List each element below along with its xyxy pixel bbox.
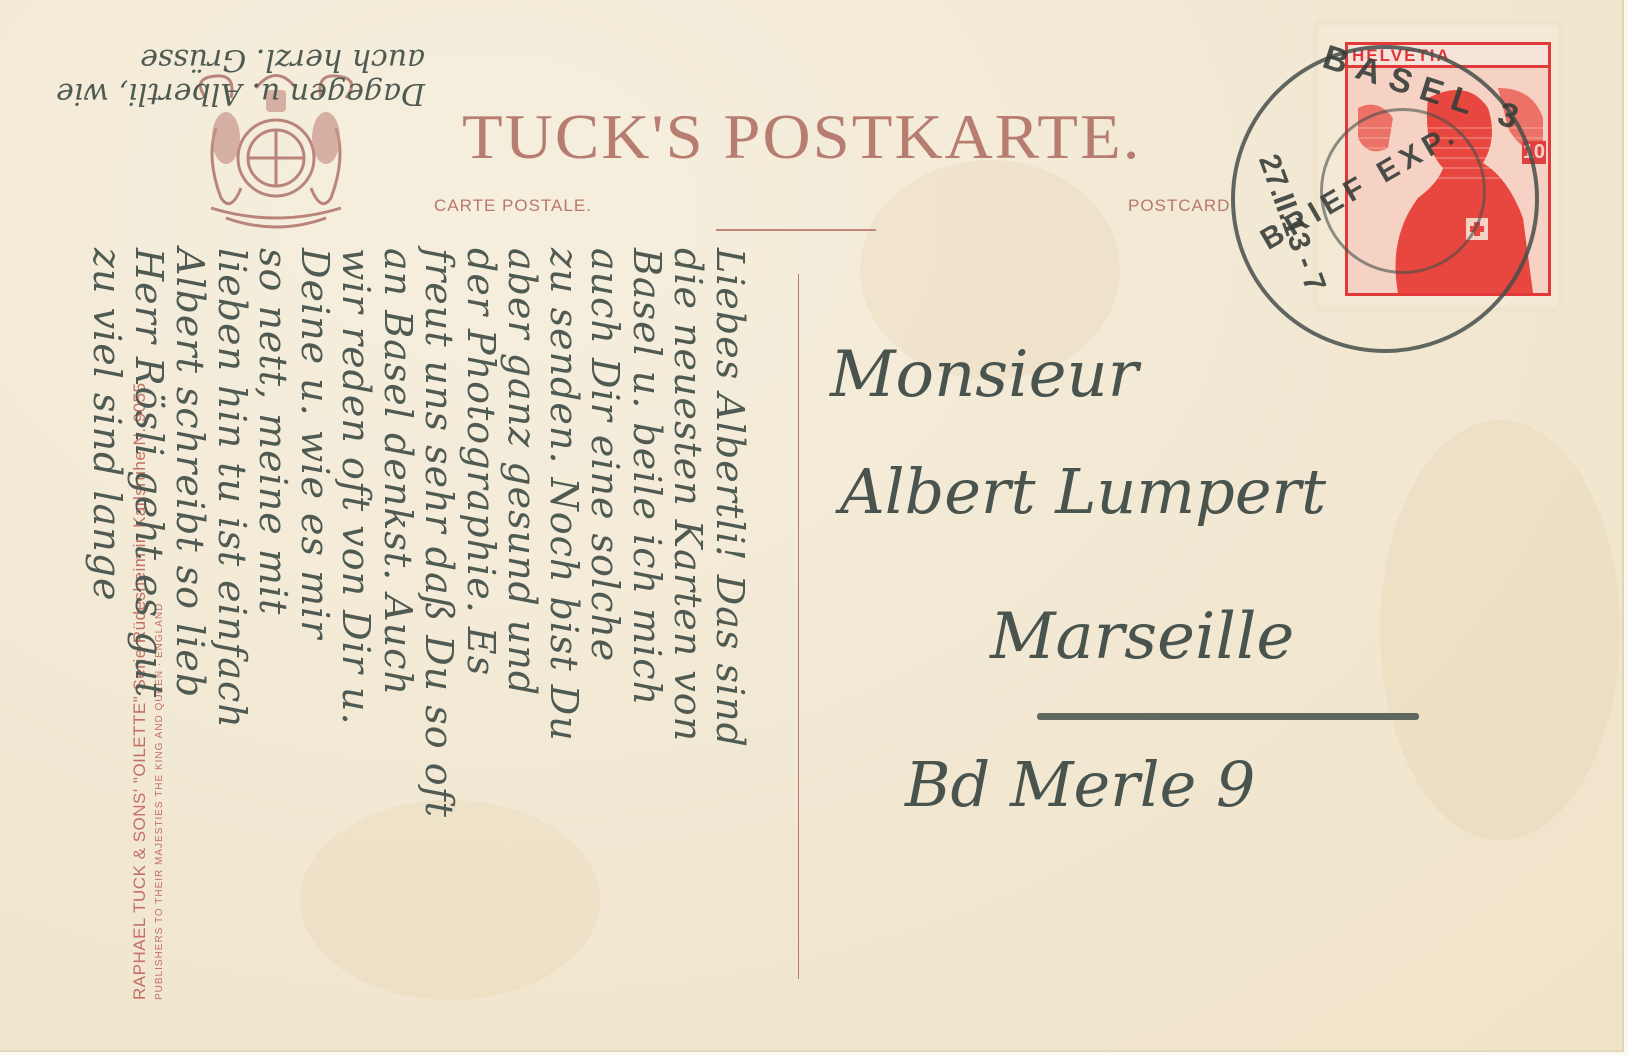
- message-line: der Photographie. Es: [460, 248, 502, 818]
- message-line: die neuesten Karten von: [667, 248, 709, 818]
- handwritten-message: Liebes Albertli! Das sind die neuesten K…: [86, 248, 750, 818]
- handwritten-message-top: Dagegen u. Albertli, wie auch herzl. Grü…: [56, 42, 425, 110]
- label-carte-postale: CARTE POSTALE.: [434, 196, 592, 216]
- address-name: Albert Lumpert: [840, 455, 1326, 528]
- message-line: Liebes Albertli! Das sind: [709, 248, 751, 818]
- postcard-back: TUCK'S POSTKARTE. CARTE POSTALE. POSTCAR…: [0, 0, 1624, 1052]
- divider-horizontal: [716, 229, 876, 231]
- address-salutation: Monsieur: [830, 338, 1138, 412]
- message-line: wir reden oft von Dir u.: [335, 248, 377, 818]
- message-line: auch herzl. Grüsse: [56, 42, 425, 76]
- divider-vertical: [798, 274, 799, 979]
- label-postcard: POSTCARD: [1128, 196, 1230, 216]
- message-line: auch Dir eine solche: [584, 248, 626, 818]
- message-line: Dagegen u. Albertli, wie: [56, 76, 425, 110]
- message-line: so nett, meine mit: [252, 248, 294, 818]
- message-line: freut uns sehr daß Du so oft: [418, 248, 460, 818]
- message-line: an Basel denkst. Auch: [377, 248, 419, 818]
- message-line: Albert schreibt so lieb: [169, 248, 211, 818]
- message-line: zu senden. Noch bist Du: [543, 248, 585, 818]
- message-line: aber ganz gesund und: [501, 248, 543, 818]
- address-city: Marseille: [990, 600, 1294, 674]
- message-line: Basel u. beile ich mich: [626, 248, 668, 818]
- paper-stain: [1380, 420, 1620, 840]
- address-street: Bd Merle 9: [905, 748, 1255, 821]
- message-line: Deine u. wie es mir: [294, 248, 336, 818]
- message-line: Herr Rösli geht es gut: [128, 248, 170, 818]
- paper-stain: [300, 800, 600, 1000]
- postcard-title: TUCK'S POSTKARTE.: [462, 100, 1141, 174]
- message-line: lieben hin tu ist einfach: [211, 248, 253, 818]
- address-underline: [1037, 713, 1419, 720]
- message-line: zu viel sind lange: [86, 248, 128, 818]
